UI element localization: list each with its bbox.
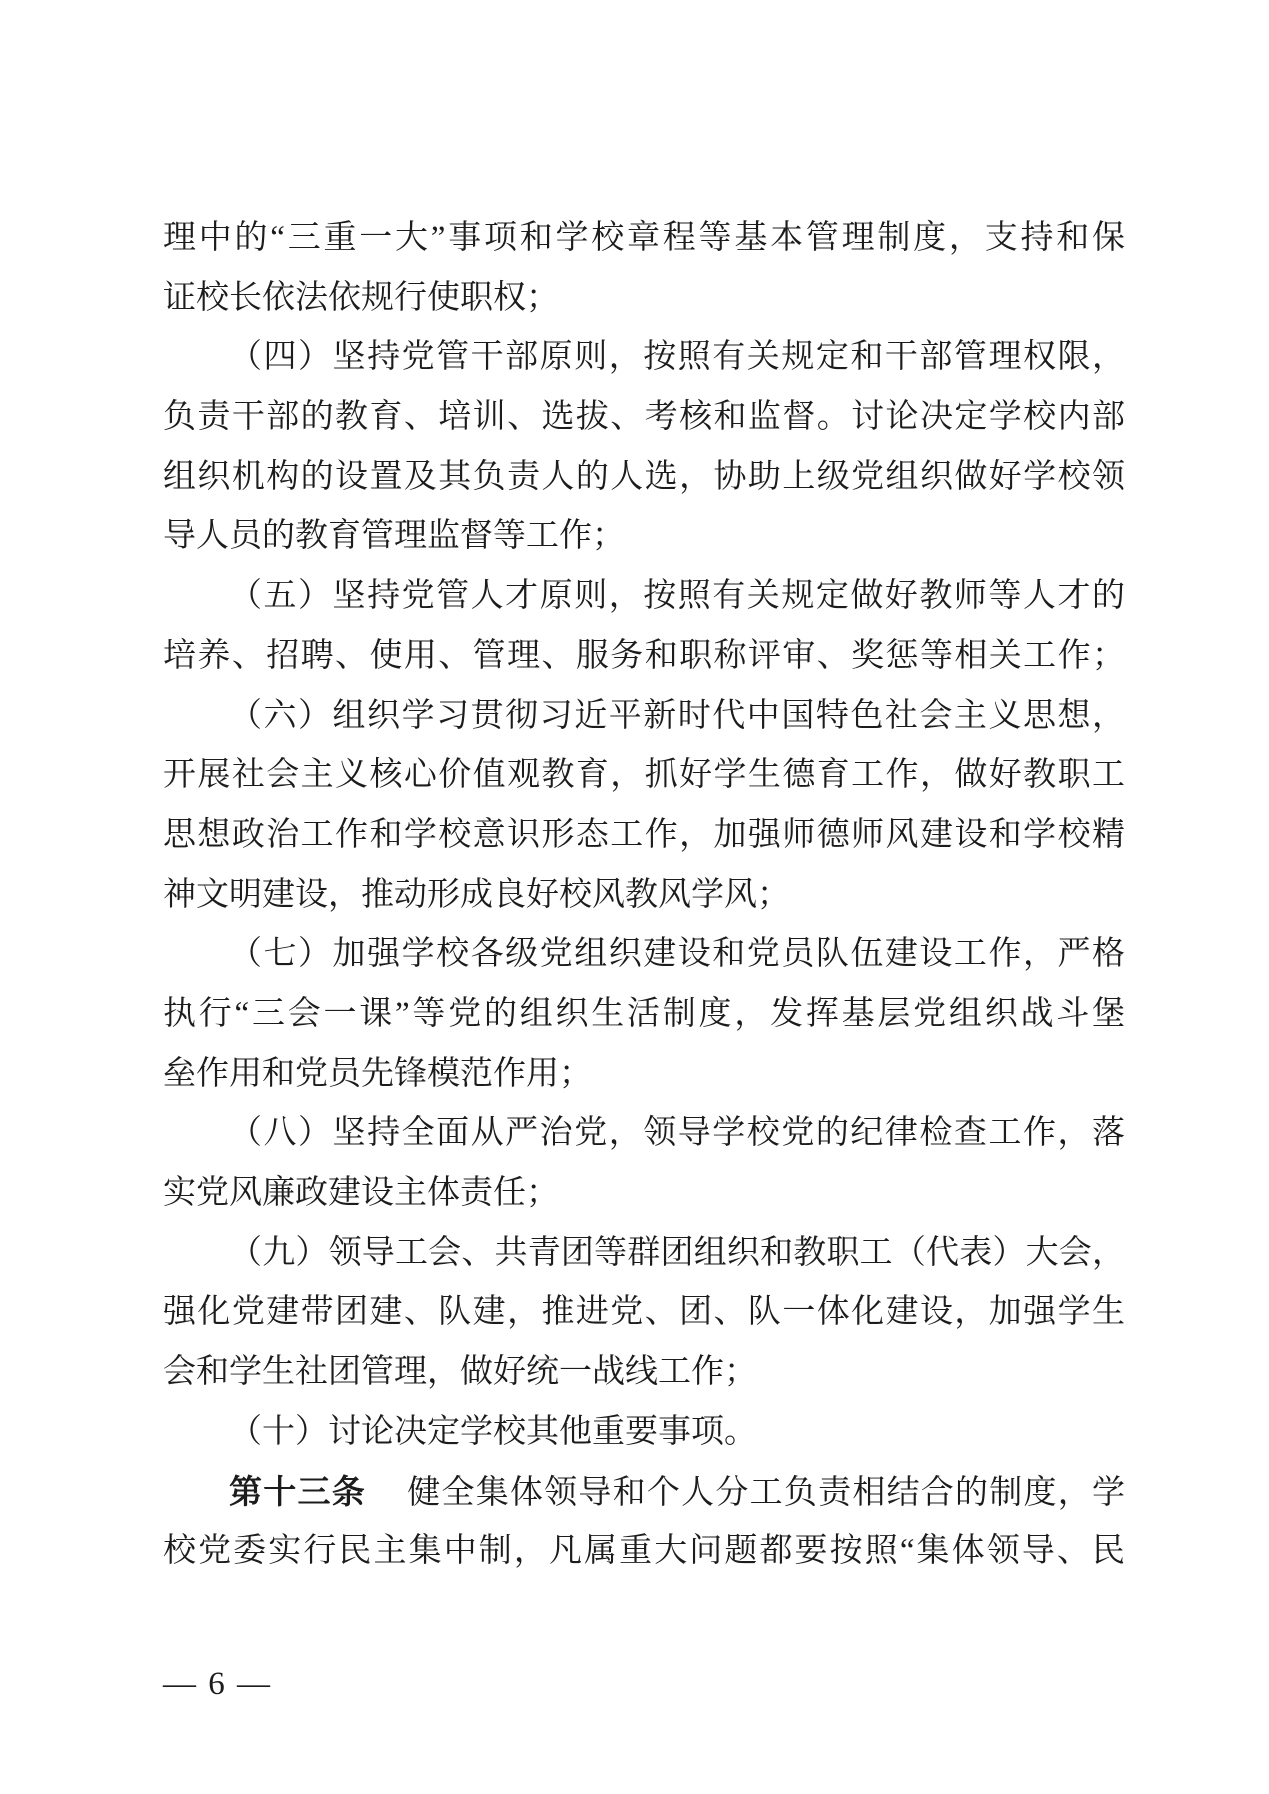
page-number: — 6 — (163, 1664, 272, 1704)
text-line: （五）坚持党管人才原则，按照有关规定做好教师等人才的 (163, 567, 1125, 627)
text-line: 理中的“三重一大”事项和学校章程等基本管理制度，支持和保 (163, 209, 1125, 269)
text-line: 导人员的教育管理监督等工作； (163, 507, 1125, 567)
text-line: 强化党建带团建、队建，推进党、团、队一体化建设，加强学生 (163, 1283, 1125, 1343)
text-line: （六）组织学习贯彻习近平新时代中国特色社会主义思想， (163, 687, 1125, 747)
text-line-article: 第十三条健全集体领导和个人分工负责相结合的制度，学 (163, 1462, 1125, 1522)
document-page: 理中的“三重一大”事项和学校章程等基本管理制度，支持和保 证校长依法依规行使职权… (0, 0, 1269, 1794)
text-line: 证校长依法依规行使职权； (163, 269, 1125, 329)
text-line: 实党风廉政建设主体责任； (163, 1164, 1125, 1224)
text-line: （八）坚持全面从严治党，领导学校党的纪律检查工作，落 (163, 1104, 1125, 1164)
text-line: 神文明建设，推动形成良好校风教风学风； (163, 866, 1125, 926)
text-line: 开展社会主义核心价值观教育，抓好学生德育工作，做好教职工 (163, 746, 1125, 806)
text-line: 会和学生社团管理，做好统一战线工作； (163, 1343, 1125, 1403)
text-line: 执行“三会一课”等党的组织生活制度，发挥基层党组织战斗堡 (163, 985, 1125, 1045)
article-text: 健全集体领导和个人分工负责相结合的制度，学 (406, 1475, 1125, 1511)
text-line: 思想政治工作和学校意识形态工作，加强师德师风建设和学校精 (163, 806, 1125, 866)
text-line: 垒作用和党员先锋模范作用； (163, 1045, 1125, 1105)
document-body: 理中的“三重一大”事项和学校章程等基本管理制度，支持和保 证校长依法依规行使职权… (163, 209, 1125, 1582)
text-line: （十）讨论决定学校其他重要事项。 (163, 1403, 1125, 1463)
text-line: （四）坚持党管干部原则，按照有关规定和干部管理权限， (163, 328, 1125, 388)
text-line: 校党委实行民主集中制，凡属重大问题都要按照“集体领导、民 (163, 1522, 1125, 1582)
text-line: 负责干部的教育、培训、选拔、考核和监督。讨论决定学校内部 (163, 388, 1125, 448)
text-line: 培养、招聘、使用、管理、服务和职称评审、奖惩等相关工作； (163, 627, 1125, 687)
text-line: （七）加强学校各级党组织建设和党员队伍建设工作，严格 (163, 925, 1125, 985)
text-line: （九）领导工会、共青团等群团组织和教职工（代表）大会， (163, 1224, 1125, 1284)
article-number: 第十三条 (229, 1473, 366, 1510)
text-line: 组织机构的设置及其负责人的人选，协助上级党组织做好学校领 (163, 448, 1125, 508)
